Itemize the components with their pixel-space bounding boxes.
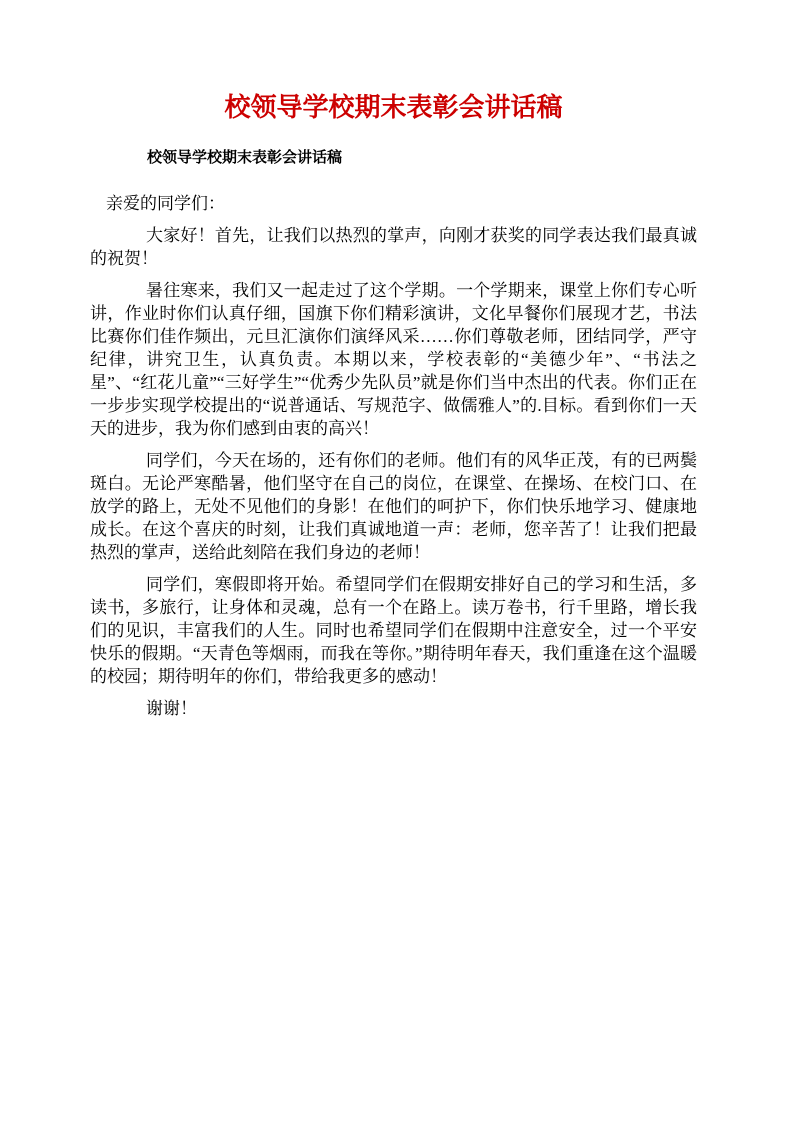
document-page: 校领导学校期末表彰会讲话稿 校领导学校期末表彰会讲话稿 亲爱的同学们： 大家好！… (0, 0, 793, 1122)
paragraph-greeting: 大家好！首先，让我们以热烈的掌声，向刚才获奖的同学表达我们最真诚的祝贺！ (90, 224, 697, 270)
paragraph-semester-review: 暑往寒来，我们又一起走过了这个学期。一个学期来，课堂上你们专心听讲，作业时你们认… (90, 279, 697, 440)
document-subtitle: 校领导学校期末表彰会讲话稿 (90, 148, 697, 168)
paragraph-holiday-wishes: 同学们，寒假即将开始。希望同学们在假期安排好自己的学习和生活，多读书，多旅行，让… (90, 573, 697, 688)
paragraph-teachers-thanks: 同学们，今天在场的，还有你们的老师。他们有的风华正茂，有的已两鬓斑白。无论严寒酷… (90, 449, 697, 564)
closing-thanks: 谢谢！ (90, 697, 697, 720)
salutation-line: 亲爱的同学们： (90, 192, 697, 215)
document-title: 校领导学校期末表彰会讲话稿 (90, 90, 697, 124)
document-body: 亲爱的同学们： 大家好！首先，让我们以热烈的掌声，向刚才获奖的同学表达我们最真诚… (90, 192, 697, 720)
